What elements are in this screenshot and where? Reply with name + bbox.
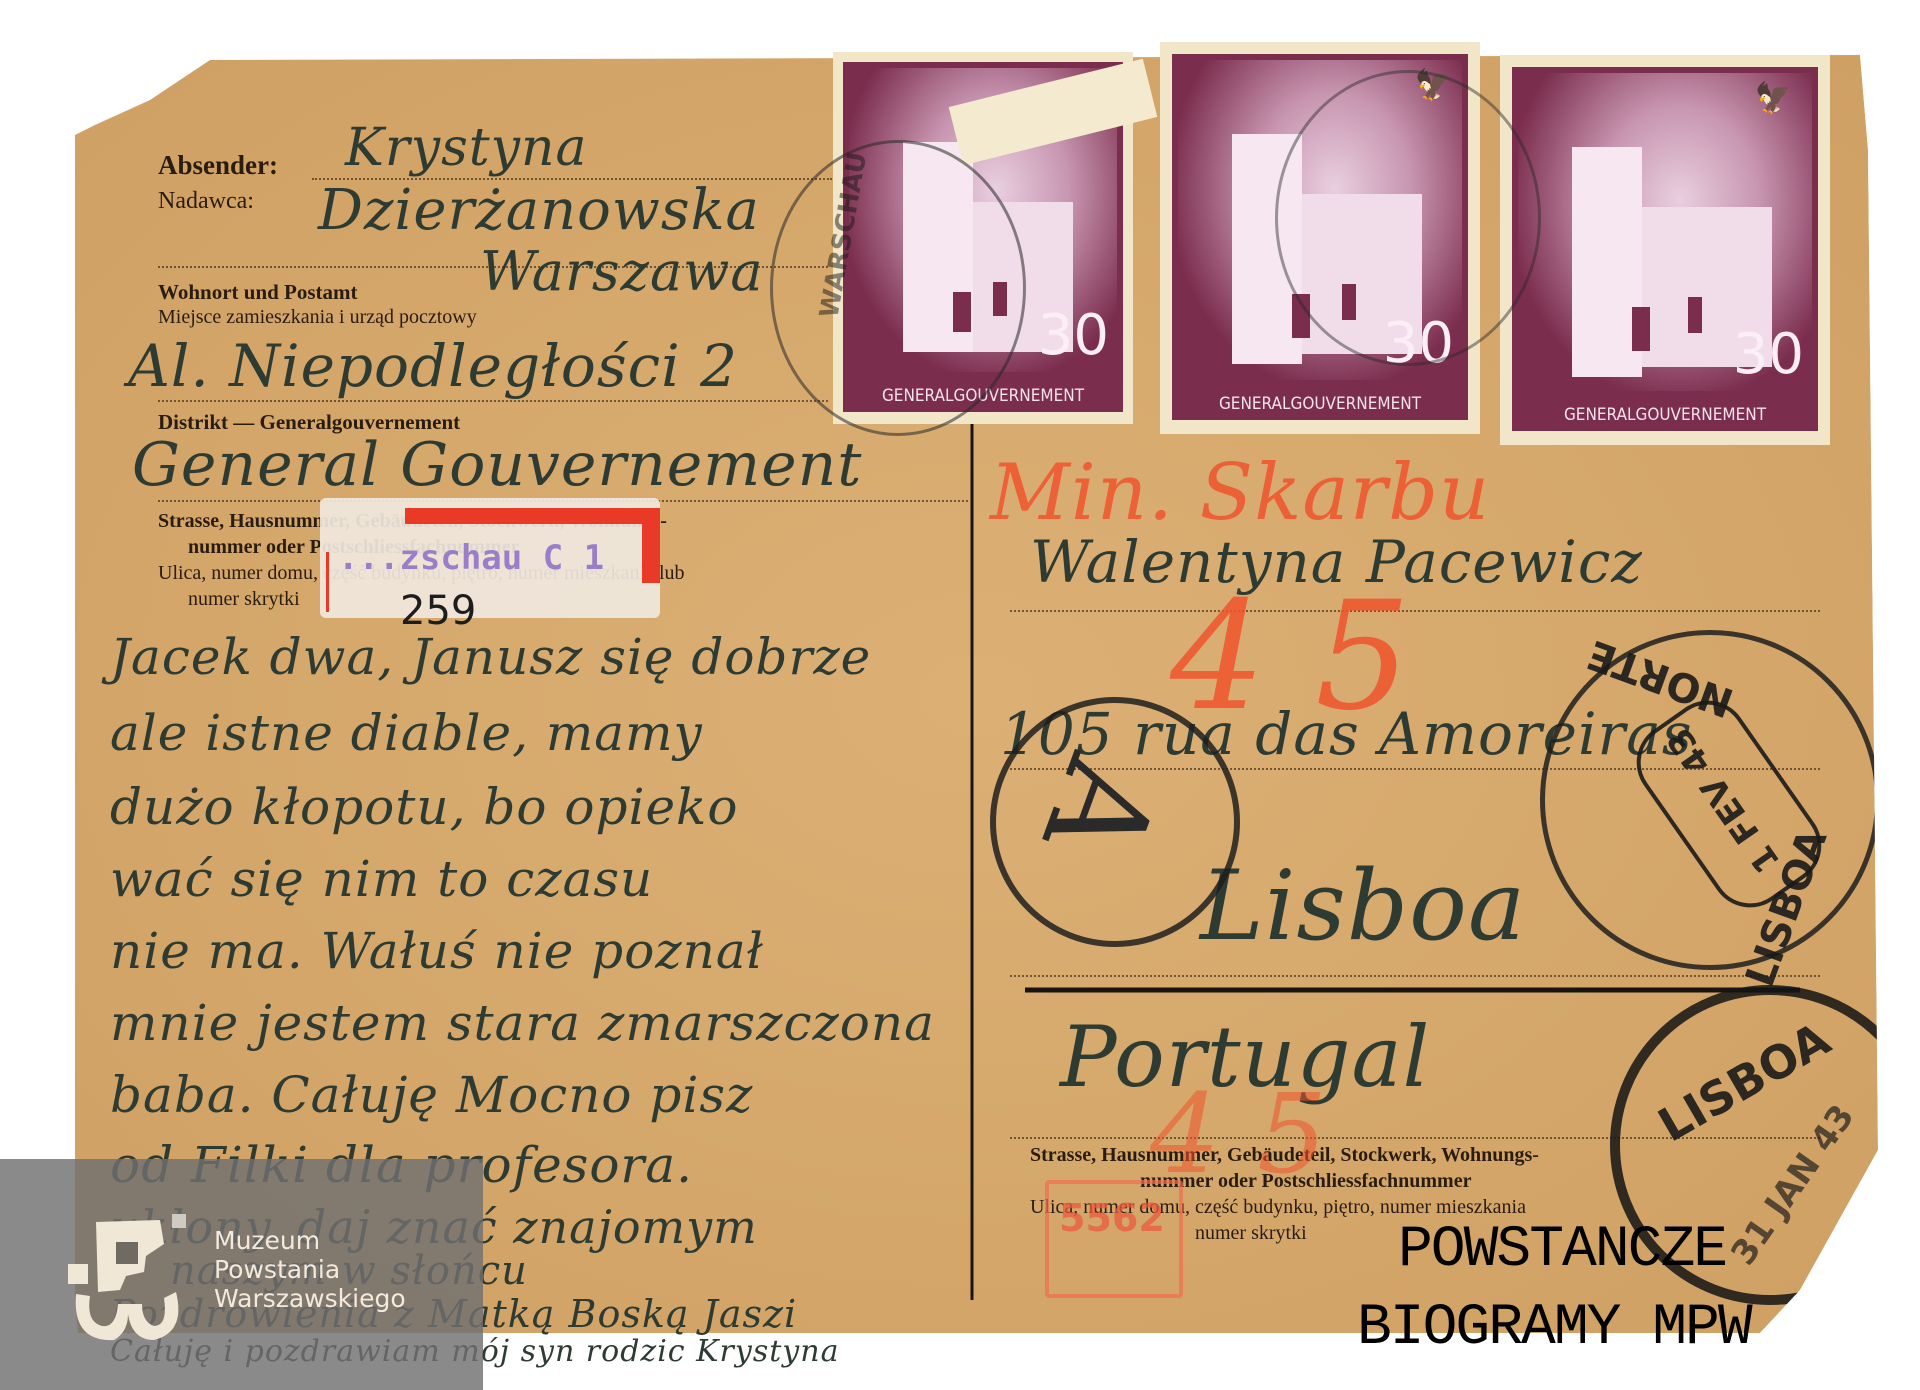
- kotwica-anchor-logo-icon: [68, 1214, 188, 1344]
- museum-logo-overlay: Muzeum Powstania Warszawskiego: [0, 1159, 483, 1390]
- watermark-line-1: POWSTANCZE: [1398, 1222, 1726, 1280]
- logo-text-line-1: Muzeum: [214, 1226, 320, 1255]
- logo-text-line-2: Powstania: [214, 1255, 340, 1284]
- logo-text-line-3: Warszawskiego: [214, 1284, 406, 1313]
- watermark-line-2: BIOGRAMY MPW: [1357, 1300, 1751, 1358]
